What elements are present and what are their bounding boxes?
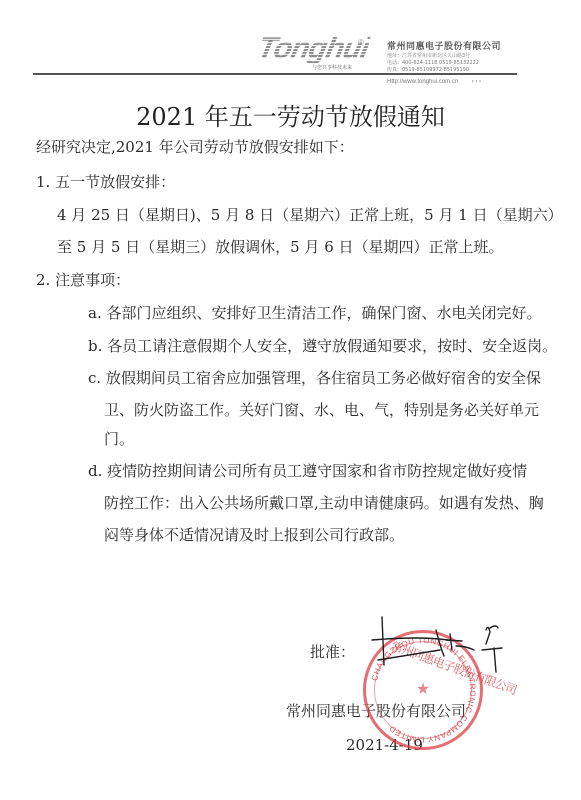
handwritten-signature	[0, 0, 581, 800]
